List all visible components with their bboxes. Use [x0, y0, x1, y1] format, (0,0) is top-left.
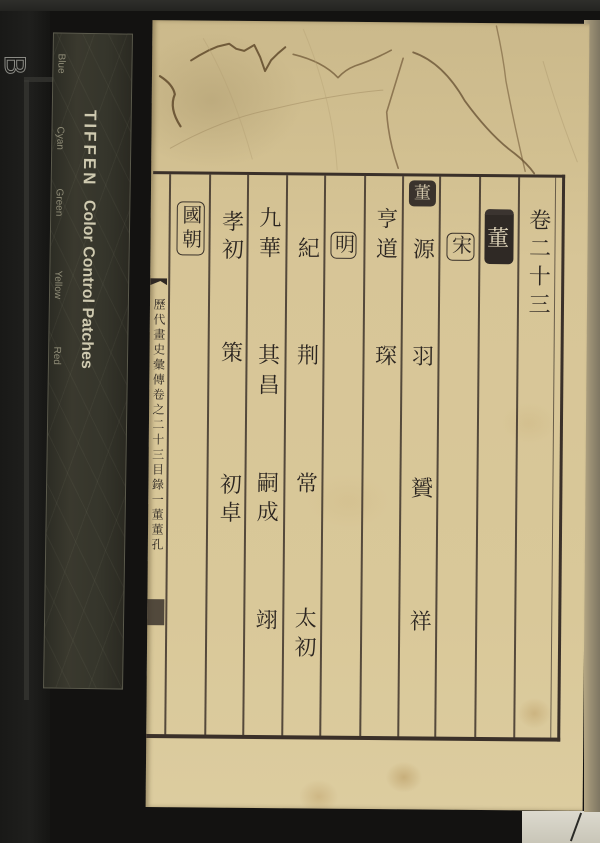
- name-entry: 嗣成: [254, 471, 277, 529]
- name-entry: 琛: [372, 344, 394, 366]
- name-entry: 策: [218, 341, 240, 363]
- name-entry: 常: [293, 471, 315, 493]
- name-entry: 太初: [292, 606, 315, 664]
- name-entry: 祥: [407, 609, 429, 631]
- margin-title: 歷代畫史彙傳卷之二十三目錄: [150, 298, 166, 493]
- fish-tail-mark-bottom: [147, 599, 164, 625]
- name-entry: 源: [410, 237, 432, 259]
- volume-label: 卷二十三: [526, 208, 549, 320]
- margin-page-mark: 董孔: [150, 523, 164, 553]
- name-entry: 贇: [408, 476, 430, 498]
- surname-tag: 董: [409, 180, 436, 206]
- margin-section: 一董: [150, 493, 164, 523]
- name-entry: 翊: [253, 608, 275, 630]
- surname-heading-badge: 董: [484, 209, 513, 264]
- dynasty-label-qing: 國朝: [176, 201, 204, 255]
- name-entry: 初卓: [217, 473, 239, 529]
- name-entry: 紀: [295, 236, 317, 258]
- name-entry: 亨道: [373, 207, 396, 267]
- book-page: 歷代畫史彙傳卷之二十三目錄一董董孔 卷二十三 董 宋 董 源 羽 贇 祥 亨道 …: [0, 0, 600, 843]
- name-entry: 九華: [256, 206, 279, 266]
- name-entry: 孝初: [219, 210, 241, 266]
- paper-sheet: [146, 20, 590, 811]
- dynasty-label-ming: 明: [330, 232, 356, 259]
- dynasty-label-song: 宋: [446, 233, 474, 261]
- name-entry: 荆: [294, 343, 316, 365]
- name-entry: 其昌: [255, 343, 278, 403]
- name-entry: 羽: [409, 344, 431, 366]
- fold-margin-text: 歷代畫史彙傳卷之二十三目錄一董董孔: [150, 298, 165, 553]
